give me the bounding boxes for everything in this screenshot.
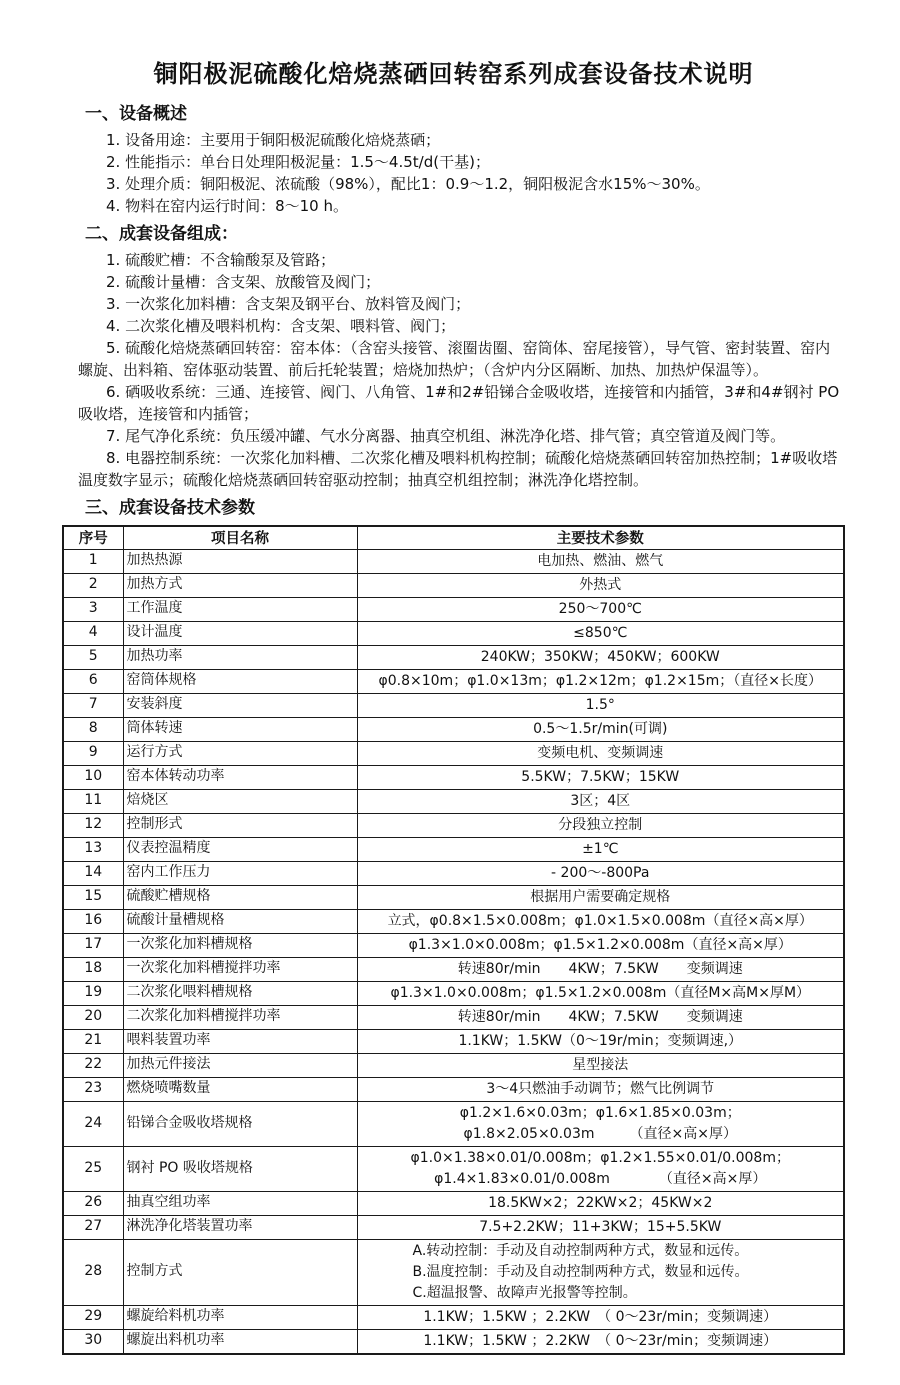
cell-value: 0.5～1.5r/min(可调): [357, 717, 844, 741]
table-row: 9 运行方式 变频电机、变频调速: [63, 741, 844, 765]
cell-name: 抽真空组功率: [123, 1191, 357, 1215]
cell-name: 硫酸贮槽规格: [123, 885, 357, 909]
cell-name: 窑内工作压力: [123, 861, 357, 885]
cell-line: 1.5°: [361, 695, 841, 716]
cell-no: 14: [63, 861, 123, 885]
cell-no: 29: [63, 1305, 123, 1329]
section-heading-2: 二、成套设备组成：: [85, 223, 845, 246]
cell-line: 7.5+2.2KW；11+3KW；15+5.5KW: [361, 1217, 841, 1238]
cell-line: 分段独立控制: [361, 815, 841, 836]
cell-name: 窑本体转动功率: [123, 765, 357, 789]
document-page: 铜阳极泥硫酸化焙烧蒸硒回转窑系列成套设备技术说明 一、设备概述 1. 设备用途：…: [0, 0, 900, 1385]
section-item: 6. 硒吸收系统：三通、连接管、阀门、八角管、1#和2#铅锑合金吸收塔，连接管和…: [78, 381, 845, 425]
table-row: 15 硫酸贮槽规格 根据用户需要确定规格: [63, 885, 844, 909]
cell-value: 电加热、燃油、燃气: [357, 549, 844, 573]
cell-value: 18.5KW×2；22KW×2；45KW×2: [357, 1191, 844, 1215]
cell-value: ≤850℃: [357, 621, 844, 645]
cell-name: 一次浆化加料槽规格: [123, 933, 357, 957]
table-row: 29 螺旋给料机功率 1.1KW；1.5KW ；2.2KW （ 0～23r/mi…: [63, 1305, 844, 1329]
cell-line: φ1.4×1.83×0.01/0.008m （直径×高×厚）: [361, 1169, 841, 1190]
cell-line: 240KW；350KW；450KW；600KW: [361, 647, 841, 668]
table-row: 6 窑筒体规格 φ0.8×10m；φ1.0×13m；φ1.2×12m；φ1.2×…: [63, 669, 844, 693]
cell-value: 250～700℃: [357, 597, 844, 621]
section-overview: 一、设备概述 1. 设备用途：主要用于铜阳极泥硫酸化焙烧蒸硒； 2. 性能指示：…: [62, 103, 845, 217]
table-row: 20 二次浆化加料槽搅拌功率 转速80r/min 4KW；7.5KW 变频调速: [63, 1005, 844, 1029]
page-title: 铜阳极泥硫酸化焙烧蒸硒回转窑系列成套设备技术说明: [62, 54, 845, 89]
cell-no: 16: [63, 909, 123, 933]
cell-no: 24: [63, 1101, 123, 1146]
cell-no: 23: [63, 1077, 123, 1101]
cell-value: 1.1KW；1.5KW ；2.2KW （ 0～23r/min；变频调速）: [357, 1305, 844, 1329]
cell-value: φ0.8×10m；φ1.0×13m；φ1.2×12m；φ1.2×15m；（直径×…: [357, 669, 844, 693]
params-table-body: 1 加热热源 电加热、燃油、燃气 2 加热方式 外热式 3 工作温度 250～7…: [63, 549, 844, 1354]
cell-no: 10: [63, 765, 123, 789]
table-row: 22 加热元件接法 星型接法: [63, 1053, 844, 1077]
cell-name: 筒体转速: [123, 717, 357, 741]
cell-name: 窑筒体规格: [123, 669, 357, 693]
table-row: 26 抽真空组功率 18.5KW×2；22KW×2；45KW×2: [63, 1191, 844, 1215]
cell-line: 外热式: [361, 575, 841, 596]
cell-value: 变频电机、变频调速: [357, 741, 844, 765]
table-row: 2 加热方式 外热式: [63, 573, 844, 597]
table-row: 24 铅锑合金吸收塔规格 φ1.2×1.6×0.03m；φ1.6×1.85×0.…: [63, 1101, 844, 1146]
cell-name: 加热热源: [123, 549, 357, 573]
cell-line: 星型接法: [361, 1055, 841, 1076]
table-row: 23 燃烧喷嘴数量 3～4只燃油手动调节；燃气比例调节: [63, 1077, 844, 1101]
cell-line: 0.5～1.5r/min(可调): [361, 719, 841, 740]
section-heading-1: 一、设备概述: [85, 103, 845, 126]
section-2-items: 1. 硫酸贮槽：不含输酸泵及管路； 2. 硫酸计量槽：含支架、放酸管及阀门； 3…: [78, 249, 845, 491]
cell-value: 立式，φ0.8×1.5×0.008m；φ1.0×1.5×0.008m（直径×高×…: [357, 909, 844, 933]
cell-name: 控制形式: [123, 813, 357, 837]
cell-value: 7.5+2.2KW；11+3KW；15+5.5KW: [357, 1215, 844, 1239]
cell-line: 立式，φ0.8×1.5×0.008m；φ1.0×1.5×0.008m（直径×高×…: [361, 911, 841, 932]
cell-value: 转速80r/min 4KW；7.5KW 变频调速: [357, 957, 844, 981]
cell-value: 5.5KW；7.5KW；15KW: [357, 765, 844, 789]
cell-no: 13: [63, 837, 123, 861]
table-row: 3 工作温度 250～700℃: [63, 597, 844, 621]
cell-no: 22: [63, 1053, 123, 1077]
section-item: 5. 硫酸化焙烧蒸硒回转窑：窑本体：（含窑头接管、滚圈齿圈、窑筒体、窑尾接管），…: [78, 337, 845, 381]
cell-no: 19: [63, 981, 123, 1005]
table-row: 14 窑内工作压力 - 200～-800Pa: [63, 861, 844, 885]
cell-value: 240KW；350KW；450KW；600KW: [357, 645, 844, 669]
cell-line: B.温度控制：手动及自动控制两种方式，数显和远传。: [413, 1262, 841, 1283]
section-item: 1. 设备用途：主要用于铜阳极泥硫酸化焙烧蒸硒；: [78, 129, 845, 151]
cell-no: 21: [63, 1029, 123, 1053]
table-row: 18 一次浆化加料槽搅拌功率 转速80r/min 4KW；7.5KW 变频调速: [63, 957, 844, 981]
section-parameters: 三、成套设备技术参数 序号 项目名称 主要技术参数 1 加热热源 电加热、燃油: [62, 497, 845, 1355]
section-composition: 二、成套设备组成： 1. 硫酸贮槽：不含输酸泵及管路； 2. 硫酸计量槽：含支架…: [62, 223, 845, 491]
cell-no: 11: [63, 789, 123, 813]
section-item: 4. 物料在窑内运行时间：8～10 h。: [78, 195, 845, 217]
table-row: 16 硫酸计量槽规格 立式，φ0.8×1.5×0.008m；φ1.0×1.5×0…: [63, 909, 844, 933]
cell-no: 20: [63, 1005, 123, 1029]
cell-value: ±1℃: [357, 837, 844, 861]
cell-value: φ1.2×1.6×0.03m；φ1.6×1.85×0.03m；φ1.8×2.05…: [357, 1101, 844, 1146]
cell-value: 转速80r/min 4KW；7.5KW 变频调速: [357, 1005, 844, 1029]
cell-value: 星型接法: [357, 1053, 844, 1077]
table-row: 8 筒体转速 0.5～1.5r/min(可调): [63, 717, 844, 741]
cell-no: 2: [63, 573, 123, 597]
header-cell-value: 主要技术参数: [357, 526, 844, 549]
cell-line: 转速80r/min 4KW；7.5KW 变频调速: [361, 959, 841, 980]
section-item: 3. 处理介质：铜阳极泥、浓硫酸（98%），配比1：0.9～1.2，铜阳极泥含水…: [78, 173, 845, 195]
cell-name: 安装斜度: [123, 693, 357, 717]
table-row: 10 窑本体转动功率 5.5KW；7.5KW；15KW: [63, 765, 844, 789]
cell-no: 18: [63, 957, 123, 981]
cell-name: 喂料装置功率: [123, 1029, 357, 1053]
cell-no: 8: [63, 717, 123, 741]
cell-no: 9: [63, 741, 123, 765]
cell-no: 17: [63, 933, 123, 957]
cell-line: 3区；4区: [361, 791, 841, 812]
section-item: 7. 尾气净化系统：负压缓冲罐、气水分离器、抽真空机组、淋洗净化塔、排气管；真空…: [78, 425, 845, 447]
cell-line: φ1.2×1.6×0.03m；φ1.6×1.85×0.03m；: [361, 1103, 841, 1124]
cell-line: φ1.8×2.05×0.03m （直径×高×厚）: [361, 1124, 841, 1145]
cell-no: 5: [63, 645, 123, 669]
table-row: 1 加热热源 电加热、燃油、燃气: [63, 549, 844, 573]
section-item: 2. 硫酸计量槽：含支架、放酸管及阀门；: [78, 271, 845, 293]
cell-no: 6: [63, 669, 123, 693]
cell-line: 250～700℃: [361, 599, 841, 620]
cell-value: φ1.3×1.0×0.008m；φ1.5×1.2×0.008m（直径M×高M×厚…: [357, 981, 844, 1005]
cell-name: 铅锑合金吸收塔规格: [123, 1101, 357, 1146]
section-heading-3: 三、成套设备技术参数: [85, 497, 845, 520]
cell-no: 3: [63, 597, 123, 621]
cell-name: 螺旋出料机功率: [123, 1329, 357, 1354]
table-row: 27 淋洗净化塔装置功率 7.5+2.2KW；11+3KW；15+5.5KW: [63, 1215, 844, 1239]
cell-value: 1.1KW；1.5KW ；2.2KW （ 0～23r/min；变频调速）: [357, 1329, 844, 1354]
section-item: 1. 硫酸贮槽：不含输酸泵及管路；: [78, 249, 845, 271]
cell-no: 25: [63, 1146, 123, 1191]
cell-value: φ1.0×1.38×0.01/0.008m；φ1.2×1.55×0.01/0.0…: [357, 1146, 844, 1191]
cell-value: φ1.3×1.0×0.008m；φ1.5×1.2×0.008m（直径×高×厚）: [357, 933, 844, 957]
cell-line: - 200～-800Pa: [361, 863, 841, 884]
cell-name: 二次浆化喂料槽规格: [123, 981, 357, 1005]
cell-value: 1.1KW；1.5KW（0～19r/min；变频调速,）: [357, 1029, 844, 1053]
table-row: 12 控制形式 分段独立控制: [63, 813, 844, 837]
cell-name: 控制方式: [123, 1239, 357, 1305]
cell-line: 电加热、燃油、燃气: [361, 551, 841, 572]
cell-name: 运行方式: [123, 741, 357, 765]
header-cell-no: 序号: [63, 526, 123, 549]
params-table: 序号 项目名称 主要技术参数 1 加热热源 电加热、燃油、燃气 2 加热方式: [62, 525, 845, 1355]
section-item: 3. 一次浆化加料槽：含支架及钢平台、放料管及阀门；: [78, 293, 845, 315]
cell-line: 5.5KW；7.5KW；15KW: [361, 767, 841, 788]
table-row: 19 二次浆化喂料槽规格 φ1.3×1.0×0.008m；φ1.5×1.2×0.…: [63, 981, 844, 1005]
cell-line: φ1.3×1.0×0.008m；φ1.5×1.2×0.008m（直径M×高M×厚…: [361, 983, 841, 1004]
table-row: 13 仪表控温精度 ±1℃: [63, 837, 844, 861]
cell-name: 二次浆化加料槽搅拌功率: [123, 1005, 357, 1029]
cell-name: 加热方式: [123, 573, 357, 597]
cell-value: 3区；4区: [357, 789, 844, 813]
cell-line: 18.5KW×2；22KW×2；45KW×2: [361, 1193, 841, 1214]
table-header-row: 序号 项目名称 主要技术参数: [63, 526, 844, 549]
table-row: 25 钢衬 PO 吸收塔规格 φ1.0×1.38×0.01/0.008m；φ1.…: [63, 1146, 844, 1191]
cell-line: 1.1KW；1.5KW ；2.2KW （ 0～23r/min；变频调速）: [361, 1307, 841, 1328]
cell-line: 3～4只燃油手动调节；燃气比例调节: [361, 1079, 841, 1100]
cell-value: 1.5°: [357, 693, 844, 717]
section-item: 4. 二次浆化槽及喂料机构：含支架、喂料管、阀门；: [78, 315, 845, 337]
cell-no: 7: [63, 693, 123, 717]
table-row: 17 一次浆化加料槽规格 φ1.3×1.0×0.008m；φ1.5×1.2×0.…: [63, 933, 844, 957]
cell-no: 30: [63, 1329, 123, 1354]
cell-line: 根据用户需要确定规格: [361, 887, 841, 908]
cell-name: 钢衬 PO 吸收塔规格: [123, 1146, 357, 1191]
cell-line: A.转动控制：手动及自动控制两种方式，数显和远传。: [413, 1241, 841, 1262]
cell-line: ≤850℃: [361, 623, 841, 644]
cell-name: 加热元件接法: [123, 1053, 357, 1077]
table-row: 21 喂料装置功率 1.1KW；1.5KW（0～19r/min；变频调速,）: [63, 1029, 844, 1053]
cell-name: 燃烧喷嘴数量: [123, 1077, 357, 1101]
cell-name: 设计温度: [123, 621, 357, 645]
cell-name: 一次浆化加料槽搅拌功率: [123, 957, 357, 981]
table-row: 28 控制方式 A.转动控制：手动及自动控制两种方式，数显和远传。B.温度控制：…: [63, 1239, 844, 1305]
cell-value: A.转动控制：手动及自动控制两种方式，数显和远传。B.温度控制：手动及自动控制两…: [357, 1239, 844, 1305]
cell-name: 加热功率: [123, 645, 357, 669]
cell-no: 26: [63, 1191, 123, 1215]
cell-no: 12: [63, 813, 123, 837]
cell-value: 根据用户需要确定规格: [357, 885, 844, 909]
cell-line: ±1℃: [361, 839, 841, 860]
cell-no: 15: [63, 885, 123, 909]
section-1-items: 1. 设备用途：主要用于铜阳极泥硫酸化焙烧蒸硒； 2. 性能指示：单台日处理阳极…: [78, 129, 845, 217]
section-item: 2. 性能指示：单台日处理阳极泥量：1.5～4.5t/d(干基)；: [78, 151, 845, 173]
cell-line: φ1.3×1.0×0.008m；φ1.5×1.2×0.008m（直径×高×厚）: [361, 935, 841, 956]
section-item: 8. 电器控制系统：一次浆化加料槽、二次浆化槽及喂料机构控制；硫酸化焙烧蒸硒回转…: [78, 447, 845, 491]
cell-line: 1.1KW；1.5KW（0～19r/min；变频调速,）: [361, 1031, 841, 1052]
cell-name: 淋洗净化塔装置功率: [123, 1215, 357, 1239]
cell-line: 转速80r/min 4KW；7.5KW 变频调速: [361, 1007, 841, 1028]
header-cell-name: 项目名称: [123, 526, 357, 549]
cell-name: 螺旋给料机功率: [123, 1305, 357, 1329]
cell-value: 3～4只燃油手动调节；燃气比例调节: [357, 1077, 844, 1101]
cell-name: 焙烧区: [123, 789, 357, 813]
cell-value: 分段独立控制: [357, 813, 844, 837]
cell-name: 仪表控温精度: [123, 837, 357, 861]
table-row: 11 焙烧区 3区；4区: [63, 789, 844, 813]
table-row: 5 加热功率 240KW；350KW；450KW；600KW: [63, 645, 844, 669]
cell-no: 1: [63, 549, 123, 573]
table-row: 7 安装斜度 1.5°: [63, 693, 844, 717]
cell-line: C.超温报警、故障声光报警等控制。: [413, 1283, 841, 1304]
cell-no: 4: [63, 621, 123, 645]
cell-line: 变频电机、变频调速: [361, 743, 841, 764]
cell-no: 27: [63, 1215, 123, 1239]
cell-line: φ0.8×10m；φ1.0×13m；φ1.2×12m；φ1.2×15m；（直径×…: [361, 671, 841, 692]
table-row: 4 设计温度 ≤850℃: [63, 621, 844, 645]
cell-value: 外热式: [357, 573, 844, 597]
cell-value: - 200～-800Pa: [357, 861, 844, 885]
cell-name: 硫酸计量槽规格: [123, 909, 357, 933]
cell-no: 28: [63, 1239, 123, 1305]
cell-name: 工作温度: [123, 597, 357, 621]
cell-line: φ1.0×1.38×0.01/0.008m；φ1.2×1.55×0.01/0.0…: [361, 1148, 841, 1169]
table-row: 30 螺旋出料机功率 1.1KW；1.5KW ；2.2KW （ 0～23r/mi…: [63, 1329, 844, 1354]
cell-line: 1.1KW；1.5KW ；2.2KW （ 0～23r/min；变频调速）: [361, 1331, 841, 1352]
